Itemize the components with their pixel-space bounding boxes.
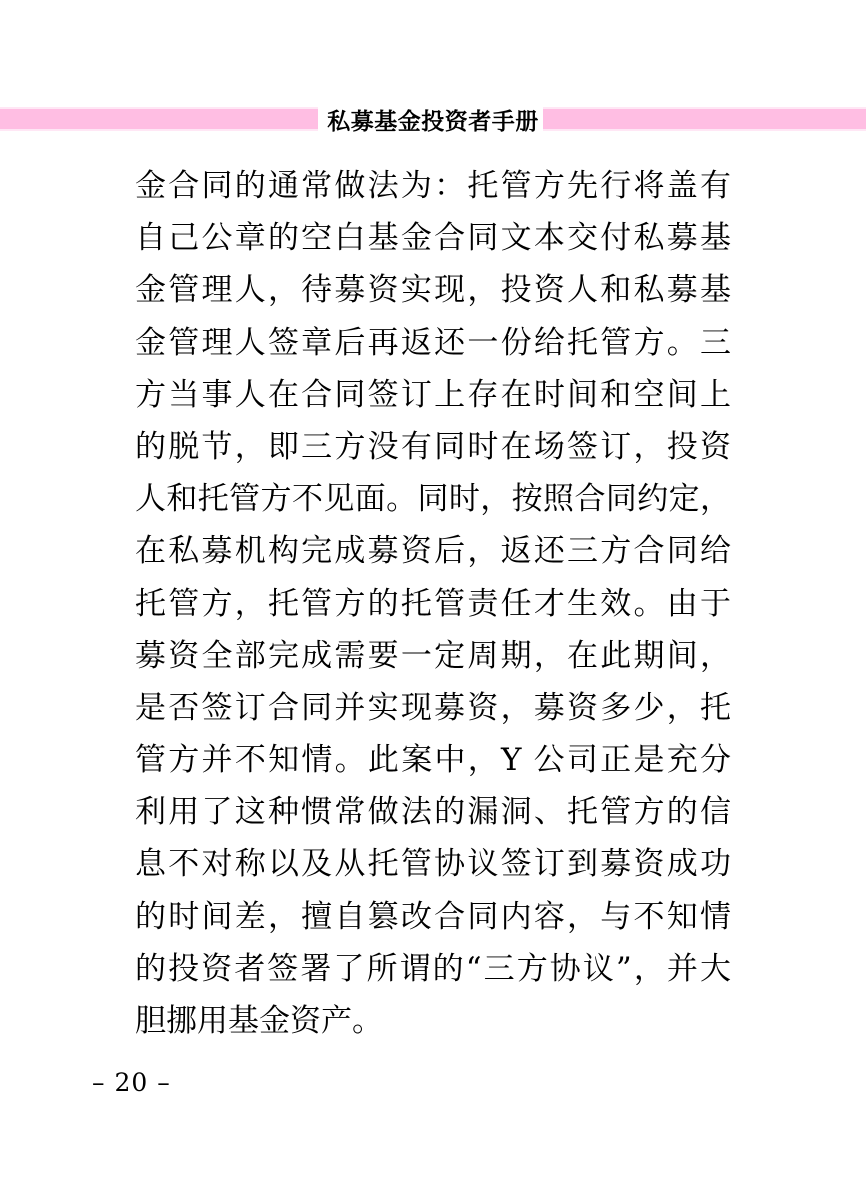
body-line: 胆挪用基金资产。 [135, 995, 731, 1047]
body-text-block: 金合同的通常做法为：托管方先行将盖有 自己公章的空白基金合同文本交付私募基 金管… [135, 160, 731, 1047]
body-line: 金合同的通常做法为：托管方先行将盖有 [135, 160, 731, 212]
page-number: – 20 – [92, 1068, 171, 1098]
body-line: 人和托管方不见面。同时，按照合同约定， [135, 473, 731, 525]
body-line: 的脱节，即三方没有同时在场签订，投资 [135, 421, 731, 473]
body-line: 在私募机构完成募资后，返还三方合同给 [135, 525, 731, 577]
body-line: 方当事人在合同签订上存在时间和空间上 [135, 369, 731, 421]
body-line: 金管理人，待募资实现，投资人和私募基 [135, 264, 731, 316]
page-header-title: 私募基金投资者手册 [0, 106, 866, 138]
body-line: 的投资者签署了所谓的“三方协议”，并大 [135, 943, 731, 995]
body-line: 利用了这种惯常做法的漏洞、托管方的信 [135, 786, 731, 838]
body-line: 金管理人签章后再返还一份给托管方。三 [135, 317, 731, 369]
body-line: 募资全部完成需要一定周期，在此期间， [135, 630, 731, 682]
body-line: 管方并不知情。此案中，Y 公司正是充分 [135, 734, 731, 786]
book-page: 私募基金投资者手册 金合同的通常做法为：托管方先行将盖有 自己公章的空白基金合同… [0, 0, 866, 1189]
body-line: 息不对称以及从托管协议签订到募资成功 [135, 838, 731, 890]
body-line: 托管方，托管方的托管责任才生效。由于 [135, 578, 731, 630]
body-line: 的时间差，擅自篡改合同内容，与不知情 [135, 891, 731, 943]
body-line: 是否签订合同并实现募资，募资多少，托 [135, 682, 731, 734]
body-line: 自己公章的空白基金合同文本交付私募基 [135, 212, 731, 264]
